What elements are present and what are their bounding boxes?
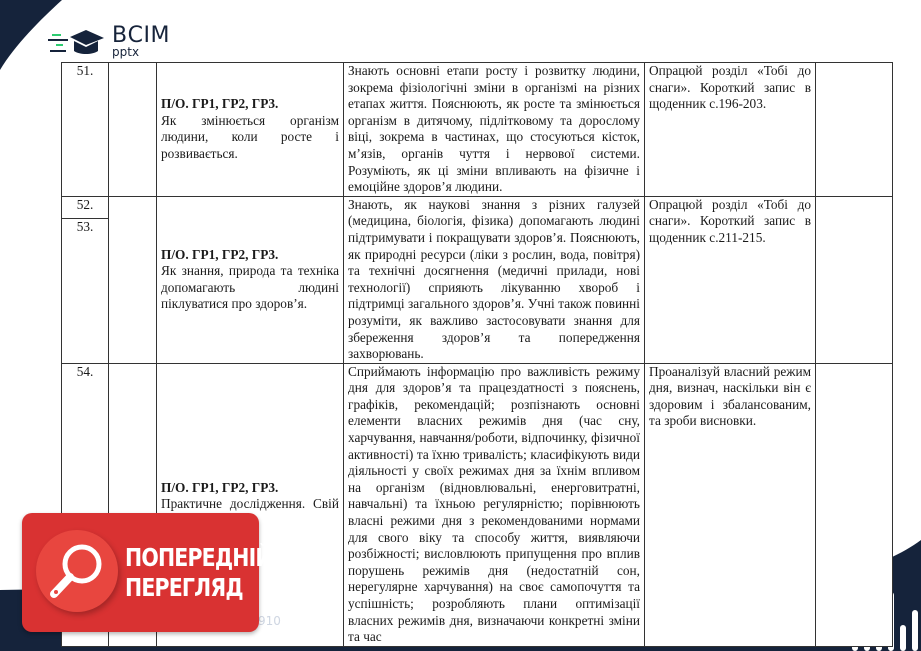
lesson-number: 51.	[62, 63, 109, 197]
preview-line-1: ПОПЕРЕДНІЙ	[125, 543, 272, 573]
brand-logo: ВСІМ pptx	[48, 25, 170, 58]
preview-label: ПОПЕРЕДНІЙ ПЕРЕГЛЯД	[125, 543, 272, 603]
outcomes-cell: Сприймають інформацію про важливість реж…	[344, 363, 645, 646]
magnifier-circle	[36, 530, 118, 612]
topic-cell: П/О. ГР1, ГР2, ГР3. Як знання, природа т…	[157, 196, 344, 363]
homework-cell: Опрацюй розділ «Тобі до снаги». Короткий…	[645, 196, 816, 363]
outcomes-cell: Знають, як наукові знання з різних галуз…	[344, 196, 645, 363]
table-row: 51. П/О. ГР1, ГР2, ГР3. Як змінюється ор…	[62, 63, 893, 197]
graduation-cap-icon	[48, 27, 106, 57]
lesson-number: 52.	[62, 196, 109, 218]
date-cell	[109, 63, 157, 197]
homework-cell: Опрацюй розділ «Тобі до снаги». Короткий…	[645, 63, 816, 197]
preview-line-2: ПЕРЕГЛЯД	[125, 573, 272, 603]
logo-brand-text: ВСІМ	[112, 25, 170, 47]
notes-cell	[816, 196, 893, 363]
groups-label: П/О. ГР1, ГР2, ГР3.	[161, 480, 339, 497]
homework-cell: Проаналізуй власний режим дня, визнач, н…	[645, 363, 816, 646]
lesson-number: 53.	[62, 218, 109, 363]
magnifier-icon	[36, 530, 118, 612]
groups-label: П/О. ГР1, ГР2, ГР3.	[161, 247, 339, 264]
topic-text: Як змінюється організм людини, коли рост…	[161, 113, 339, 163]
topic-cell: П/О. ГР1, ГР2, ГР3. Як змінюється органі…	[157, 63, 344, 197]
footer-page-fragment: 910	[258, 614, 281, 628]
preview-badge[interactable]: ПОПЕРЕДНІЙ ПЕРЕГЛЯД	[22, 513, 259, 632]
topic-text: Як знання, природа та техніка допомагают…	[161, 263, 339, 313]
outcomes-cell: Знають основні етапи росту і розвитку лю…	[344, 63, 645, 197]
date-cell	[109, 196, 157, 363]
notes-cell	[816, 63, 893, 197]
groups-label: П/О. ГР1, ГР2, ГР3.	[161, 96, 339, 113]
table-row: 52. П/О. ГР1, ГР2, ГР3. Як знання, приро…	[62, 196, 893, 218]
notes-cell	[816, 363, 893, 646]
